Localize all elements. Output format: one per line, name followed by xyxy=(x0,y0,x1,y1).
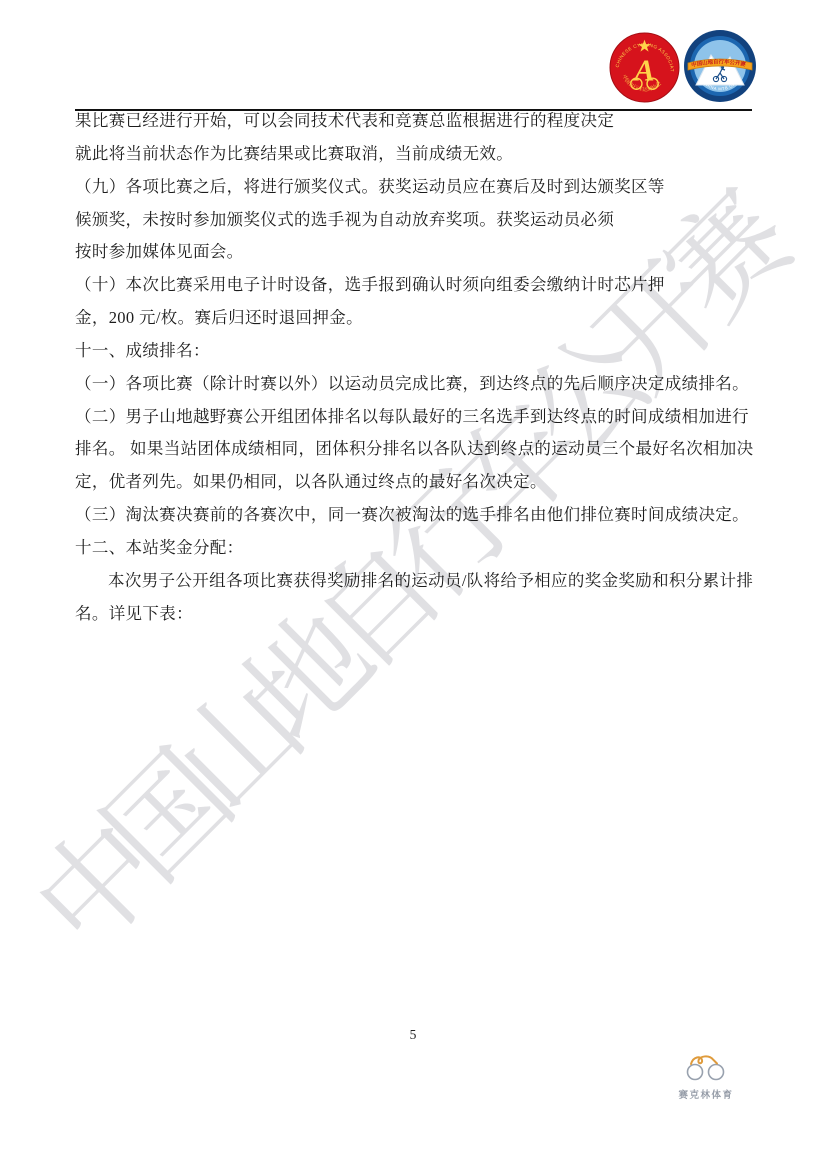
brand-label: 赛克林体育 xyxy=(666,1087,746,1101)
body-line: 名。详见下表： xyxy=(75,598,753,631)
body-line: （二）男子山地越野赛公开组团体排名以每队最好的三名选手到达终点的时间成绩相加进行 xyxy=(75,401,753,434)
saikelin-sports-brand: 赛克林体育 xyxy=(666,1051,746,1101)
body-line: （九）各项比赛之后，将进行颁奖仪式。获奖运动员应在赛后及时到达颁奖区等 xyxy=(75,171,753,204)
body-line: （三）淘汰赛决赛前的各赛次中，同一赛次被淘汰的选手排名由他们排位赛时间成绩决定。 xyxy=(75,499,753,532)
section-heading: 十一、成绩排名： xyxy=(75,335,753,368)
body-line: 排名。 如果当站团体成绩相同，团体积分排名以各队达到终点的运动员三个最好名次相加… xyxy=(75,433,753,466)
header-divider-line xyxy=(75,109,752,111)
body-line: （十）本次比赛采用电子计时设备，选手报到确认时须向组委会缴纳计时芯片押 xyxy=(75,269,753,302)
chinese-cycling-association-logo-icon: CHINESE CYCLING ASSOCIATION A 中国自行车运动协会 xyxy=(609,32,680,103)
page-number: 5 xyxy=(0,1027,826,1043)
body-line: 金，200 元/枚。赛后归还时退回押金。 xyxy=(75,302,753,335)
bicycle-icon xyxy=(682,1051,730,1081)
body-line: 本次男子公开组各项比赛获得奖励排名的运动员/队将给予相应的奖金奖励和积分累计排 xyxy=(75,565,753,598)
body-line: 按时参加媒体见面会。 xyxy=(75,236,753,269)
svg-text:A: A xyxy=(632,54,654,88)
body-line: 就此将当前状态作为比赛结果或比赛取消，当前成绩无效。 xyxy=(75,138,753,171)
body-line: 候颁奖，未按时参加颁奖仪式的选手视为自动放弃奖项。获奖运动员必须 xyxy=(75,204,753,237)
document-body: 果比赛已经进行开始，可以会同技术代表和竞赛总监根据进行的程度决定 就此将当前状态… xyxy=(75,105,753,631)
section-heading: 十二、本站奖金分配： xyxy=(75,532,753,565)
document-page: 中 国 山 地 自 行 车 公 开 赛 CHINESE CYCLING ASSO… xyxy=(0,0,826,1169)
body-line: 定，优者列先。如果仍相同，以各队通过终点的最好名次决定。 xyxy=(75,466,753,499)
body-line: （一）各项比赛（除计时赛以外）以运动员完成比赛，到达终点的先后顺序决定成绩排名。 xyxy=(75,368,753,401)
china-mtb-open-logo-icon: 中国山地自行车公开赛 CHINA MTB OPEN xyxy=(683,29,757,103)
